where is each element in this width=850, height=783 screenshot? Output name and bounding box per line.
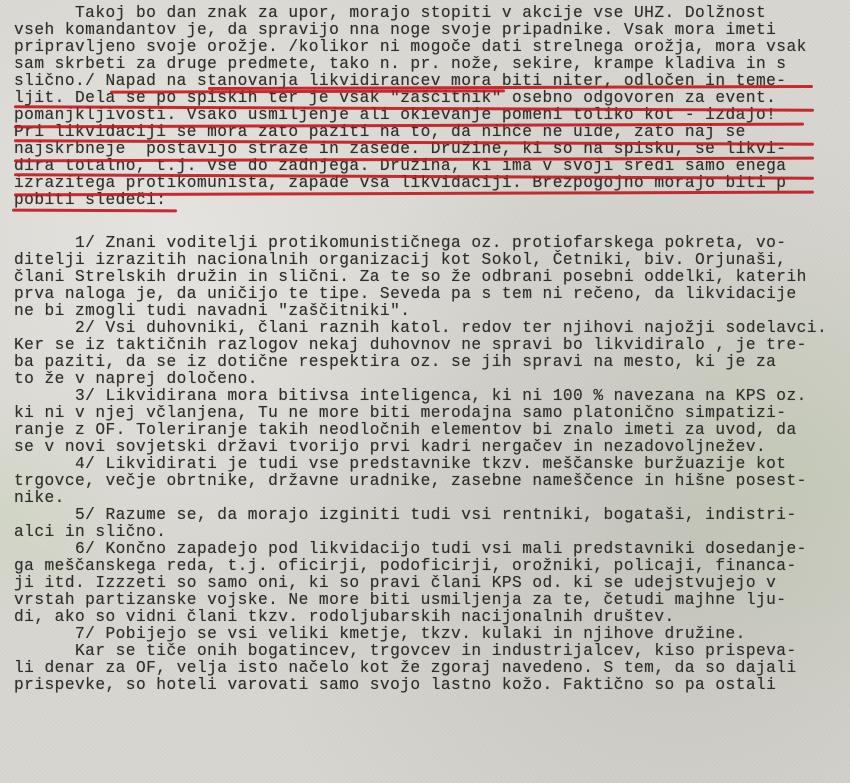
document-text-line: 3/ Likvidirana mora bitivsa inteligenca,… xyxy=(14,387,807,405)
document-text-line: 1/ Znani voditelji protikomunističnega o… xyxy=(14,234,786,252)
document-text-line: nike. xyxy=(14,489,65,507)
document-text-line: pripravljeno svoje orožje. /kolikor ni m… xyxy=(14,38,807,56)
document-text-line: di, ako so vidni člani tkzv. rodoljubars… xyxy=(14,608,675,626)
document-text-line: 6/ Končno zapadejo pod likvidacijo tudi … xyxy=(14,540,807,558)
document-text-line: ji itd. Izzzeti so samo oni, ki so pravi… xyxy=(14,574,776,592)
document-text-line: se v novi sovjetski državi tvorijo prvi … xyxy=(14,438,766,456)
document-text-line: alci in slično. xyxy=(14,523,166,541)
red-pen-underline xyxy=(12,209,177,213)
document-text-line: Kar se tiče onih bogatincev, trgovcev in… xyxy=(14,642,797,660)
document-text-line: Takoj bo dan znak za upor, morajo stopit… xyxy=(14,4,766,22)
document-text-line: prva naloga je, da uničijo te tipe. Seve… xyxy=(14,285,797,303)
document-text-line: to že v naprej določeno. xyxy=(14,370,258,388)
document-text-line: li denar za OF, velja isto načelo kot že… xyxy=(14,659,797,677)
document-text-line: Ker se iz taktičnih razlogov nekaj duhov… xyxy=(14,336,807,354)
document-text-line: 2/ Vsi duhovniki, člani raznih katol. re… xyxy=(14,319,827,337)
document-text-line: prispevke, so hoteli varovati samo svojo… xyxy=(14,676,776,694)
document-text-line: 7/ Pobijejo se vsi veliki kmetje, tkzv. … xyxy=(14,625,746,643)
document-text-line: trgovce, večje obrtnike, državne uradnik… xyxy=(14,472,807,490)
document-text-line: ga meščanskega reda, t.j. oficirji, podo… xyxy=(14,557,797,575)
document-text-line: 5/ Razume se, da morajo izginiti tudi vs… xyxy=(14,506,797,524)
document-text-line: vrstah partizanske vojske. Ne more biti … xyxy=(14,591,786,609)
document-text-line: ne bi zmogli tudi navadni "zaščitniki". xyxy=(14,302,410,320)
document-text-line: ranje z OF. Toleriranje takih neodločnih… xyxy=(14,421,797,439)
document-text-line: ki ni v njej včlanjena, Tu ne more biti … xyxy=(14,404,786,422)
document-text-line: 4/ Likvidirati je tudi vse predstavnike … xyxy=(14,455,786,473)
document-text-line: vseh komandantov je, da spravijo nna nog… xyxy=(14,21,776,39)
document-text-line: člani Strelskih družin in slični. Za te … xyxy=(14,268,807,286)
document-text-line: sam skrbeti za druge predmete, tako n. p… xyxy=(14,55,786,73)
document-text-line: ba paziti, da se iz dotične respektira o… xyxy=(14,353,776,371)
typewritten-document-page: Takoj bo dan znak za upor, morajo stopit… xyxy=(0,0,850,783)
document-text-line: ditelji izrazitih nacionalnih organizaci… xyxy=(14,251,786,269)
